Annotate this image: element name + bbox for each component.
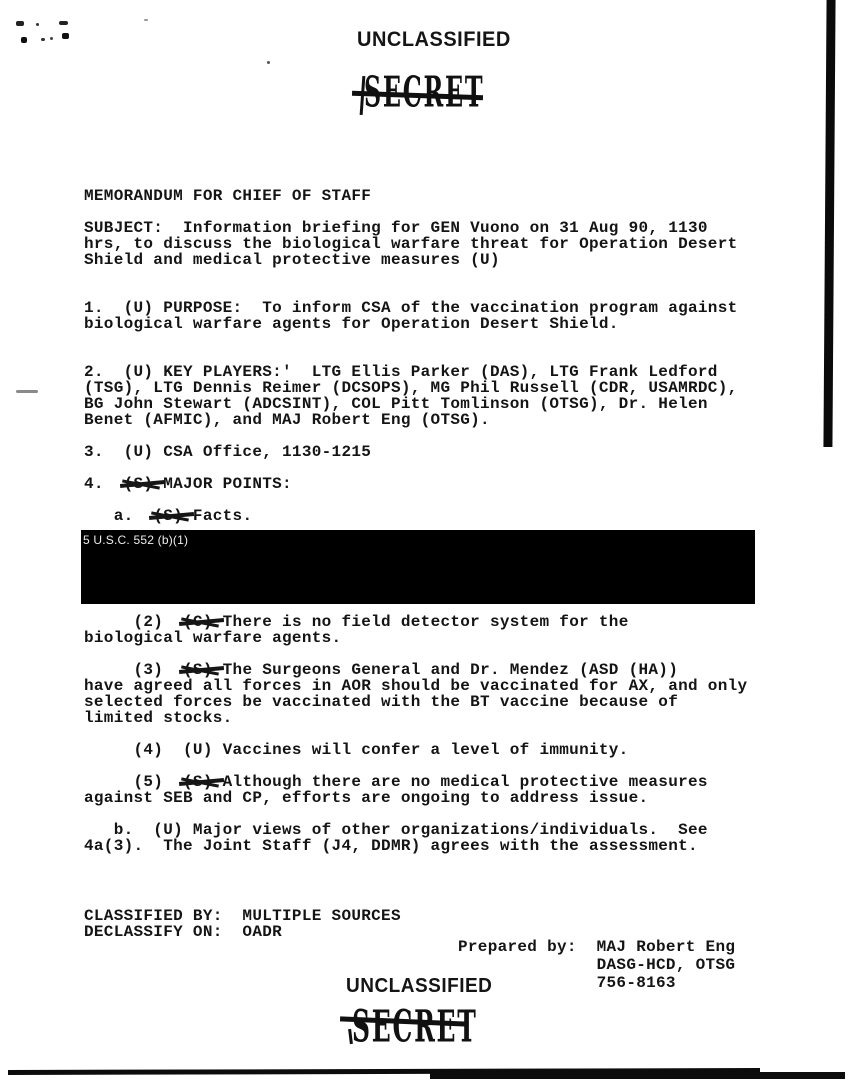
memo-page: UNCLASSIFIED SECRET MEMORANDUM FOR CHIEF… bbox=[0, 0, 850, 1087]
redaction-block: 5 U.S.C. 552 (b)(1) bbox=[81, 530, 755, 604]
document-line bbox=[84, 268, 774, 284]
document-line: (3) (S) The Surgeons General and Dr. Men… bbox=[84, 662, 774, 678]
document-line: (4) (U) Vaccines will confer a level of … bbox=[84, 742, 774, 758]
document-line: (TSG), LTG Dennis Reimer (DCSOPS), MG Ph… bbox=[84, 380, 774, 396]
document-line: have agreed all forces in AOR should be … bbox=[84, 678, 774, 694]
document-line bbox=[84, 284, 774, 300]
document-line bbox=[84, 492, 774, 508]
ink-speck bbox=[144, 19, 148, 21]
document-line: MEMORANDUM FOR CHIEF OF STAFF bbox=[84, 188, 774, 204]
secret-stamp-bottom: SECRET bbox=[352, 1006, 478, 1050]
ink-speck bbox=[16, 21, 24, 26]
document-line bbox=[84, 726, 774, 742]
text-segment: limited stocks. bbox=[84, 709, 233, 727]
document-line: 1. (U) PURPOSE: To inform CSA of the vac… bbox=[84, 300, 774, 316]
text-segment: 4. bbox=[84, 475, 124, 493]
document-line: 2. (U) KEY PLAYERS:' LTG Ellis Parker (D… bbox=[84, 364, 774, 380]
text-segment: MEMORANDUM FOR CHIEF OF STAFF bbox=[84, 187, 371, 205]
document-line bbox=[84, 428, 774, 444]
text-segment: biological warfare agents. bbox=[84, 629, 341, 647]
text-segment: a. bbox=[84, 507, 153, 525]
text-segment: 4a(3). The Joint Staff (J4, DDMR) agrees… bbox=[84, 837, 698, 855]
document-line bbox=[84, 204, 774, 220]
ink-speck bbox=[21, 37, 27, 43]
classification-footer-block: CLASSIFIED BY: MULTIPLE SOURCESDECLASSIF… bbox=[84, 908, 401, 940]
document-line: 4. (S) MAJOR POINTS: bbox=[84, 476, 774, 492]
text-segment: Benet (AFMIC), and MAJ Robert Eng (OTSG)… bbox=[84, 411, 490, 429]
document-line bbox=[84, 332, 774, 348]
prepared-by-block: Prepared by: MAJ Robert Eng DASG-HCD, OT… bbox=[458, 938, 735, 992]
document-line: DASG-HCD, OTSG bbox=[458, 956, 735, 974]
text-segment: against SEB and CP, efforts are ongoing … bbox=[84, 789, 648, 807]
scan-artifact-right-bar bbox=[823, 0, 835, 447]
document-line: (2) (C) There is no field detector syste… bbox=[84, 614, 774, 630]
memo-text-after-redaction: (2) (C) There is no field detector syste… bbox=[84, 614, 774, 854]
struck-classification-marking: (S) bbox=[183, 774, 213, 790]
unclassified-stamp-bottom: UNCLASSIFIED bbox=[346, 975, 492, 998]
document-line bbox=[84, 348, 774, 364]
document-line bbox=[84, 806, 774, 822]
document-line: a. (S) Facts. bbox=[84, 508, 774, 524]
document-line: biological warfare agents for Operation … bbox=[84, 316, 774, 332]
text-segment: 3. (U) CSA Office, 1130-1215 bbox=[84, 443, 371, 461]
ink-speck bbox=[59, 21, 68, 25]
text-segment: MAJOR POINTS: bbox=[153, 475, 292, 493]
ink-speck bbox=[62, 33, 69, 39]
document-line: Prepared by: MAJ Robert Eng bbox=[458, 938, 735, 956]
document-line: 756-8163 bbox=[458, 974, 735, 992]
document-line: against SEB and CP, efforts are ongoing … bbox=[84, 790, 774, 806]
ink-speck bbox=[50, 37, 53, 40]
document-line: BG John Stewart (ADCSINT), COL Pitt Toml… bbox=[84, 396, 774, 412]
document-line: biological warfare agents. bbox=[84, 630, 774, 646]
document-line: SUBJECT: Information briefing for GEN Vu… bbox=[84, 220, 774, 236]
memo-body: MEMORANDUM FOR CHIEF OF STAFFSUBJECT: In… bbox=[84, 188, 774, 854]
document-line: 3. (U) CSA Office, 1130-1215 bbox=[84, 444, 774, 460]
memo-text-before-redaction: MEMORANDUM FOR CHIEF OF STAFFSUBJECT: In… bbox=[84, 188, 774, 524]
document-line: selected forces be vaccinated with the B… bbox=[84, 694, 774, 710]
document-line: Benet (AFMIC), and MAJ Robert Eng (OTSG)… bbox=[84, 412, 774, 428]
redaction-exemption-label: 5 U.S.C. 552 (b)(1) bbox=[83, 533, 188, 547]
document-line bbox=[84, 460, 774, 476]
document-line: b. (U) Major views of other organization… bbox=[84, 822, 774, 838]
text-segment: Facts. bbox=[183, 507, 252, 525]
struck-classification-marking: (S) bbox=[153, 508, 183, 524]
document-line bbox=[84, 758, 774, 774]
document-line: hrs, to discuss the biological warfare t… bbox=[84, 236, 774, 252]
document-line: limited stocks. bbox=[84, 710, 774, 726]
ink-speck bbox=[41, 38, 45, 41]
struck-classification-marking: (C) bbox=[183, 614, 213, 630]
document-line: CLASSIFIED BY: MULTIPLE SOURCES bbox=[84, 908, 401, 924]
struck-classification-marking: (S) bbox=[124, 476, 154, 492]
document-line: 4a(3). The Joint Staff (J4, DDMR) agrees… bbox=[84, 838, 774, 854]
document-line bbox=[84, 646, 774, 662]
text-segment: biological warfare agents for Operation … bbox=[84, 315, 619, 333]
margin-dash-mark bbox=[16, 390, 38, 393]
text-segment: (4) (U) Vaccines will confer a level of … bbox=[84, 741, 629, 759]
document-line: (5) (S) Although there are no medical pr… bbox=[84, 774, 774, 790]
document-line: DECLASSIFY ON: OADR bbox=[84, 924, 401, 940]
text-segment: Shield and medical protective measures (… bbox=[84, 251, 500, 269]
unclassified-stamp-top: UNCLASSIFIED bbox=[357, 28, 511, 52]
ink-speck bbox=[36, 23, 39, 26]
ink-speck bbox=[267, 61, 270, 64]
struck-classification-marking: (S) bbox=[183, 662, 213, 678]
document-line: Shield and medical protective measures (… bbox=[84, 252, 774, 268]
scan-artifact-bottom-line bbox=[430, 1072, 845, 1079]
